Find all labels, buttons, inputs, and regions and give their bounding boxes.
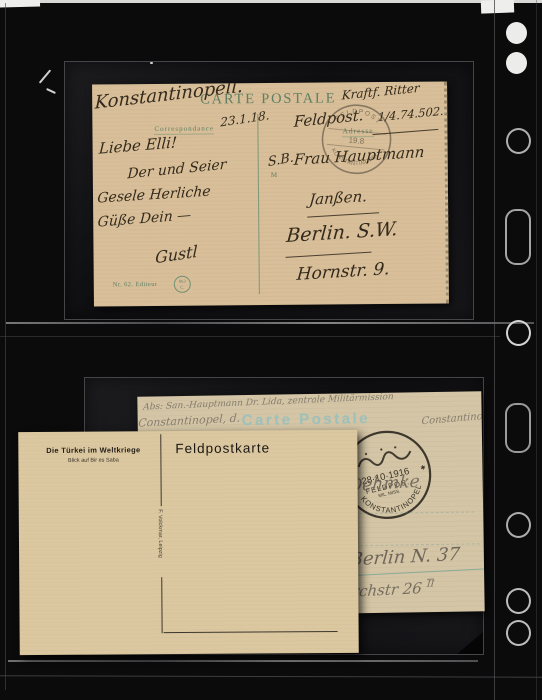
binder-slot — [505, 209, 531, 265]
hw-address-prefix: S.B. — [268, 150, 294, 170]
carte-postale-title: Carte Postale — [242, 410, 371, 429]
binder-edge-line — [536, 0, 537, 700]
publisher-logo-bottom: C. — [175, 285, 190, 291]
pencil-place-left: Constantinopel, d. — [138, 412, 241, 430]
card-center-divider — [257, 114, 260, 294]
hw-date: 23.1.18. — [220, 108, 269, 129]
hw-address-line: Berlin. S.W. — [286, 218, 399, 247]
pencil-city: Berlin N. 37 — [349, 544, 461, 571]
publisher-logo: M.J C. — [174, 276, 191, 293]
album-page-photo: CARTE POSTALE Correspondance Adresse M N… — [0, 0, 542, 700]
binder-hole — [506, 320, 531, 346]
page-seam-upper-2 — [0, 336, 500, 337]
card-divider-lower — [161, 577, 163, 633]
pencil-place-right: Constantinopel. — [421, 409, 484, 427]
series-subtitle: Blick auf Bir es Saba — [28, 457, 158, 464]
binder-hole — [506, 52, 527, 74]
sleeve-glare-mark — [39, 69, 51, 83]
hw-message-line: Güße Dein — — [97, 207, 191, 230]
page-seam-lower — [8, 660, 478, 662]
publisher-imprint: Nr. 62. Editeur — [113, 281, 158, 288]
address-rule — [164, 631, 338, 634]
binder-hole — [506, 22, 527, 44]
binder-hole — [506, 512, 531, 538]
hw-message-line: Der und Seier — [127, 157, 227, 183]
binder-hole — [506, 588, 531, 614]
page-seam-upper — [6, 322, 534, 324]
hw-address-line: Janßen. — [309, 187, 368, 209]
page-left-edge-line — [5, 3, 6, 690]
series-title: Die Türkei im Weltkriege — [28, 445, 158, 455]
photo-edge-top — [0, 0, 542, 3]
hw-salutation: Liebe Elli! — [98, 133, 177, 157]
floor-numeral: II — [427, 578, 435, 589]
hw-signature: Gustl — [155, 242, 198, 268]
binder-slot — [505, 403, 531, 453]
binder-hole — [506, 128, 531, 154]
page-seam-lower-2 — [0, 675, 542, 677]
hw-unit-note-1: Kraftf. Ritter — [341, 81, 419, 102]
feldpostkarte-card: Die Türkei im Weltkriege Blick auf Bir e… — [18, 430, 359, 655]
publisher-credit: F. Volckmar, Leipzig — [157, 509, 163, 558]
sleeve-glare-mark — [46, 88, 56, 94]
hw-message-line: Gesele Herliche — [97, 184, 211, 207]
postcard-carte-postale-1918: CARTE POSTALE Correspondance Adresse M N… — [92, 81, 449, 306]
card-divider-upper — [160, 434, 162, 506]
binder-margin-line — [494, 0, 495, 700]
column-mark-m: M — [271, 171, 277, 179]
binder-hole — [506, 620, 531, 646]
feldpostkarte-title: Feldpostkarte — [175, 440, 270, 456]
photo-edge-top-right — [481, 0, 514, 14]
photo-edge-top-left — [0, 0, 40, 8]
postmark-star: ✱ — [420, 464, 426, 472]
postmark-date: 19.8 — [348, 136, 365, 147]
sleeve-corner-notch — [457, 632, 483, 654]
hw-underline — [307, 212, 379, 218]
hw-underline — [286, 252, 372, 259]
sleeve-glare-mark — [150, 62, 153, 64]
hw-place: Konstantinopell. — [95, 81, 244, 113]
hw-address-line: Hornstr. 9. — [296, 259, 390, 285]
